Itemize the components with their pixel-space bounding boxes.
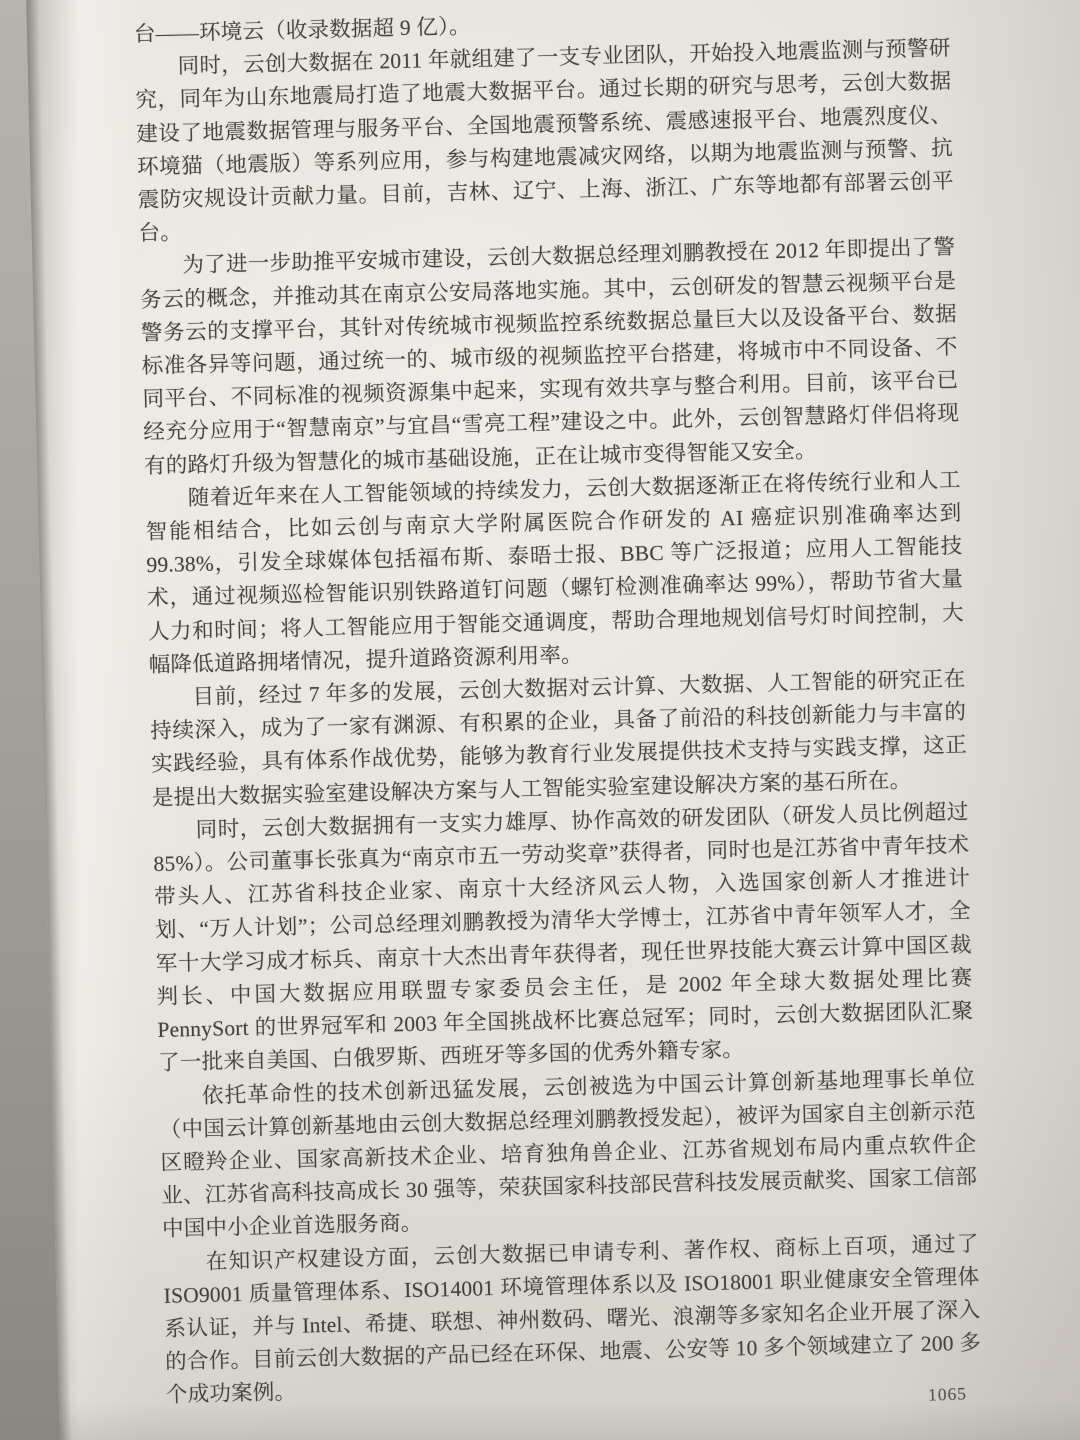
body-paragraph: 在知识产权建设方面，云创大数据已申请专利、著作权、商标上百项，通过了 ISO90… bbox=[163, 1227, 983, 1412]
body-paragraph: 依托革命性的技术创新迅猛发展，云创被选为中国云计算创新基地理事长单位（中国云计算… bbox=[159, 1061, 979, 1246]
photo-background: 台——环境云（收录数据超 9 亿）。 同时，云创大数据在 2011 年就组建了一… bbox=[0, 0, 1080, 1440]
page-number: 1065 bbox=[928, 1383, 968, 1405]
body-text: 台——环境云（收录数据超 9 亿）。 同时，云创大数据在 2011 年就组建了一… bbox=[134, 0, 983, 1412]
body-paragraph: 目前，经过 7 年多的发展，云创大数据对云计算、大数据、人工智能的研究正在持续深… bbox=[149, 663, 968, 815]
body-paragraph: 为了进一步助推平安城市建设，云创大数据总经理刘鹏教授在 2012 年即提出了警务… bbox=[139, 231, 960, 483]
book-page: 台——环境云（收录数据超 9 亿）。 同时，云创大数据在 2011 年就组建了一… bbox=[26, 0, 1080, 1440]
body-paragraph: 同时，云创大数据在 2011 年就组建了一支专业团队，开始投入地震监测与预警研究… bbox=[134, 32, 954, 250]
body-paragraph: 随着近年来在人工智能领域的持续发力，云创大数据逐渐正在将传统行业和人工智能相结合… bbox=[145, 464, 965, 682]
body-paragraph: 同时，云创大数据拥有一支实力雄厚、协作高效的研发团队（研发人员比例超过 85%）… bbox=[152, 796, 974, 1081]
